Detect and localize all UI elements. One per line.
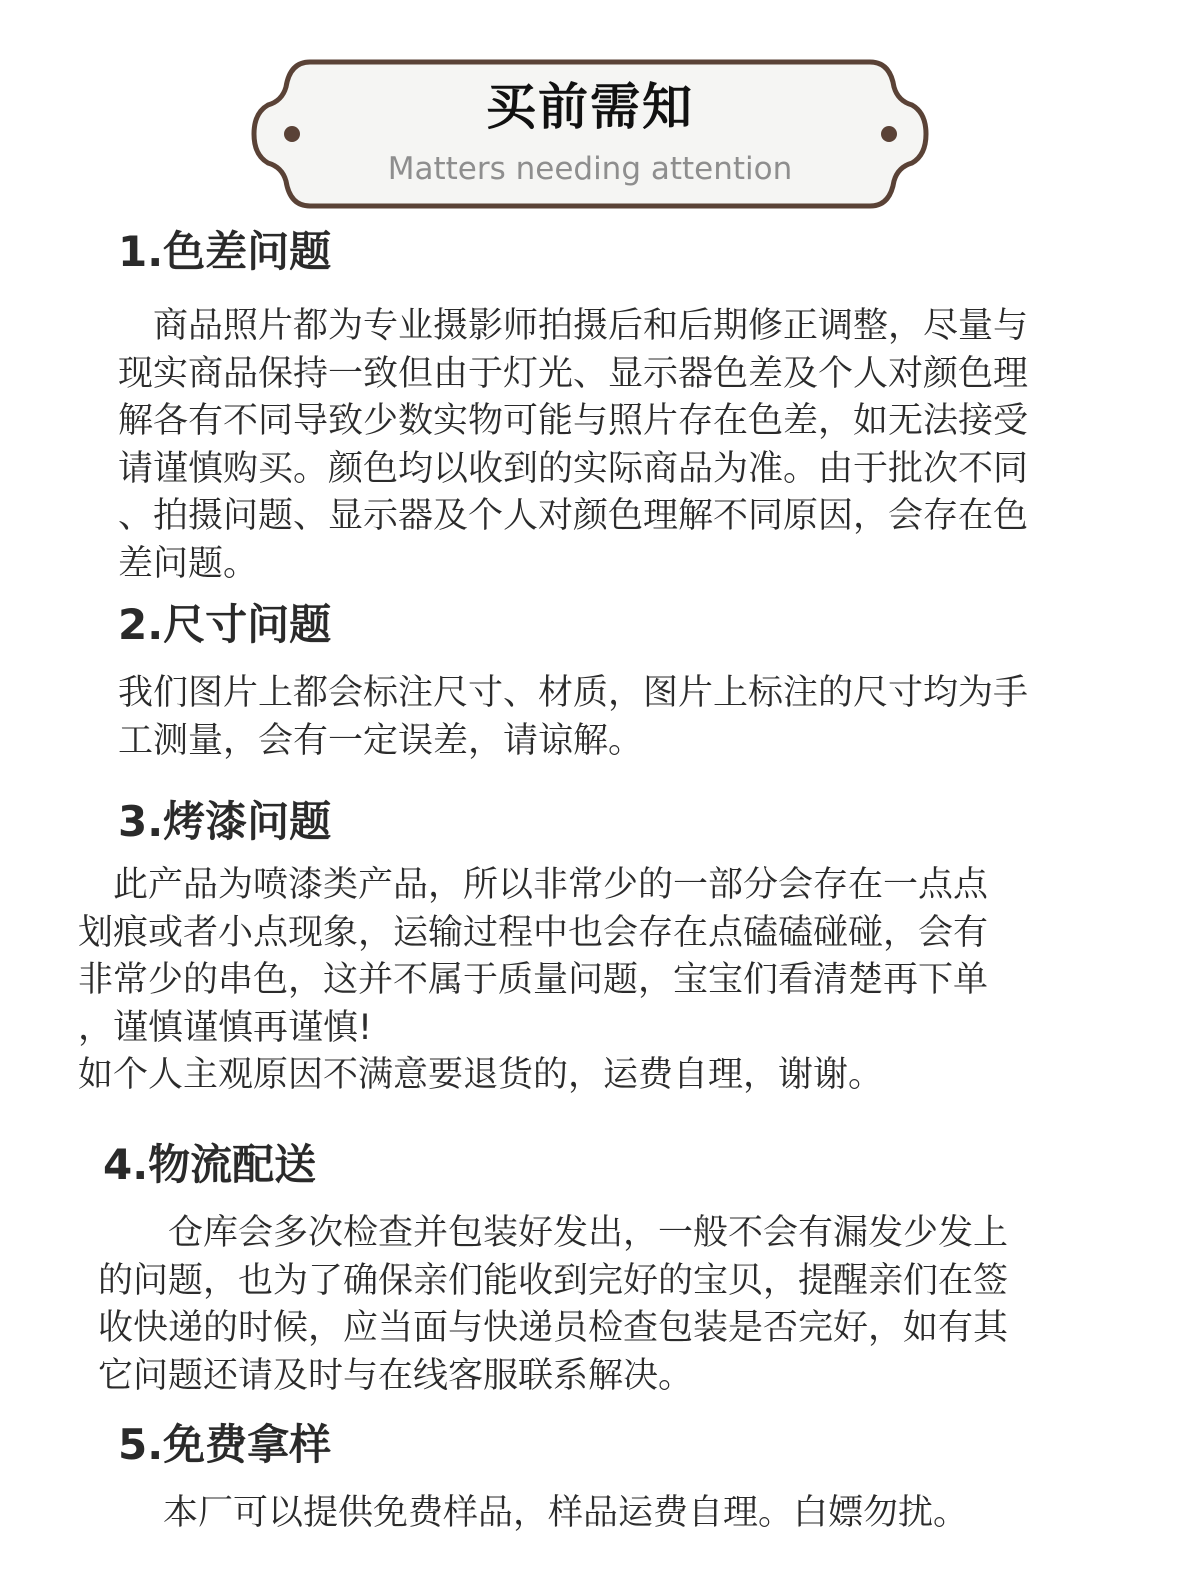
body-line: 差问题。 — [118, 541, 1028, 589]
body-line: 此产品为喷漆类产品，所以非常少的一部分会存在一点点 — [78, 862, 988, 910]
section-title-logistics: 4.物流配送 — [103, 1140, 316, 1190]
title-banner: 买前需知 Matters needing attention — [250, 57, 930, 211]
body-line: 仓库会多次检查并包装好发出，一般不会有漏发少发上 — [98, 1210, 1008, 1258]
body-line: 的问题，也为了确保亲们能收到完好的宝贝，提醒亲们在签 — [98, 1258, 1008, 1306]
body-line: 工测量，会有一定误差，请谅解。 — [118, 718, 1028, 766]
body-line: 本厂可以提供免费样品，样品运费自理。白嫖勿扰。 — [128, 1490, 968, 1538]
body-line: 现实商品保持一致但由于灯光、显示器色差及个人对颜色理 — [118, 351, 1028, 399]
section-title-color-difference: 1.色差问题 — [118, 227, 331, 277]
section-title-paint: 3.烤漆问题 — [118, 797, 331, 847]
body-line: 解各有不同导致少数实物可能与照片存在色差，如无法接受 — [118, 398, 1028, 446]
section-body-paint: 此产品为喷漆类产品，所以非常少的一部分会存在一点点 划痕或者小点现象，运输过程中… — [78, 862, 988, 1100]
section-body-size: 我们图片上都会标注尺寸、材质，图片上标注的尺寸均为手 工测量，会有一定误差，请谅… — [118, 670, 1028, 765]
body-line: 它问题还请及时与在线客服联系解决。 — [98, 1353, 1008, 1401]
section-title-size: 2.尺寸问题 — [118, 600, 331, 650]
section-title-free-sample: 5.免费拿样 — [118, 1420, 331, 1470]
body-line: 非常少的串色，这并不属于质量问题，宝宝们看清楚再下单 — [78, 957, 988, 1005]
section-body-logistics: 仓库会多次检查并包装好发出，一般不会有漏发少发上 的问题，也为了确保亲们能收到完… — [98, 1210, 1008, 1400]
page-title: 买前需知 — [250, 77, 930, 137]
body-line: 请谨慎购买。颜色均以收到的实际商品为准。由于批次不同 — [118, 446, 1028, 494]
body-line: 收快递的时候，应当面与快递员检查包装是否完好，如有其 — [98, 1305, 1008, 1353]
body-line: ，谨慎谨慎再谨慎! — [78, 1005, 988, 1053]
body-line: 、拍摄问题、显示器及个人对颜色理解不同原因，会存在色 — [118, 493, 1028, 541]
section-body-color-difference: 商品照片都为专业摄影师拍摄后和后期修正调整，尽量与 现实商品保持一致但由于灯光、… — [118, 303, 1028, 588]
section-body-free-sample: 本厂可以提供免费样品，样品运费自理。白嫖勿扰。 — [128, 1490, 968, 1538]
page-subtitle: Matters needing attention — [250, 151, 930, 187]
body-line: 如个人主观原因不满意要退货的，运费自理，谢谢。 — [78, 1052, 988, 1100]
body-line: 我们图片上都会标注尺寸、材质，图片上标注的尺寸均为手 — [118, 670, 1028, 718]
body-line: 商品照片都为专业摄影师拍摄后和后期修正调整，尽量与 — [118, 303, 1028, 351]
body-line: 划痕或者小点现象，运输过程中也会存在点磕磕碰碰，会有 — [78, 910, 988, 958]
